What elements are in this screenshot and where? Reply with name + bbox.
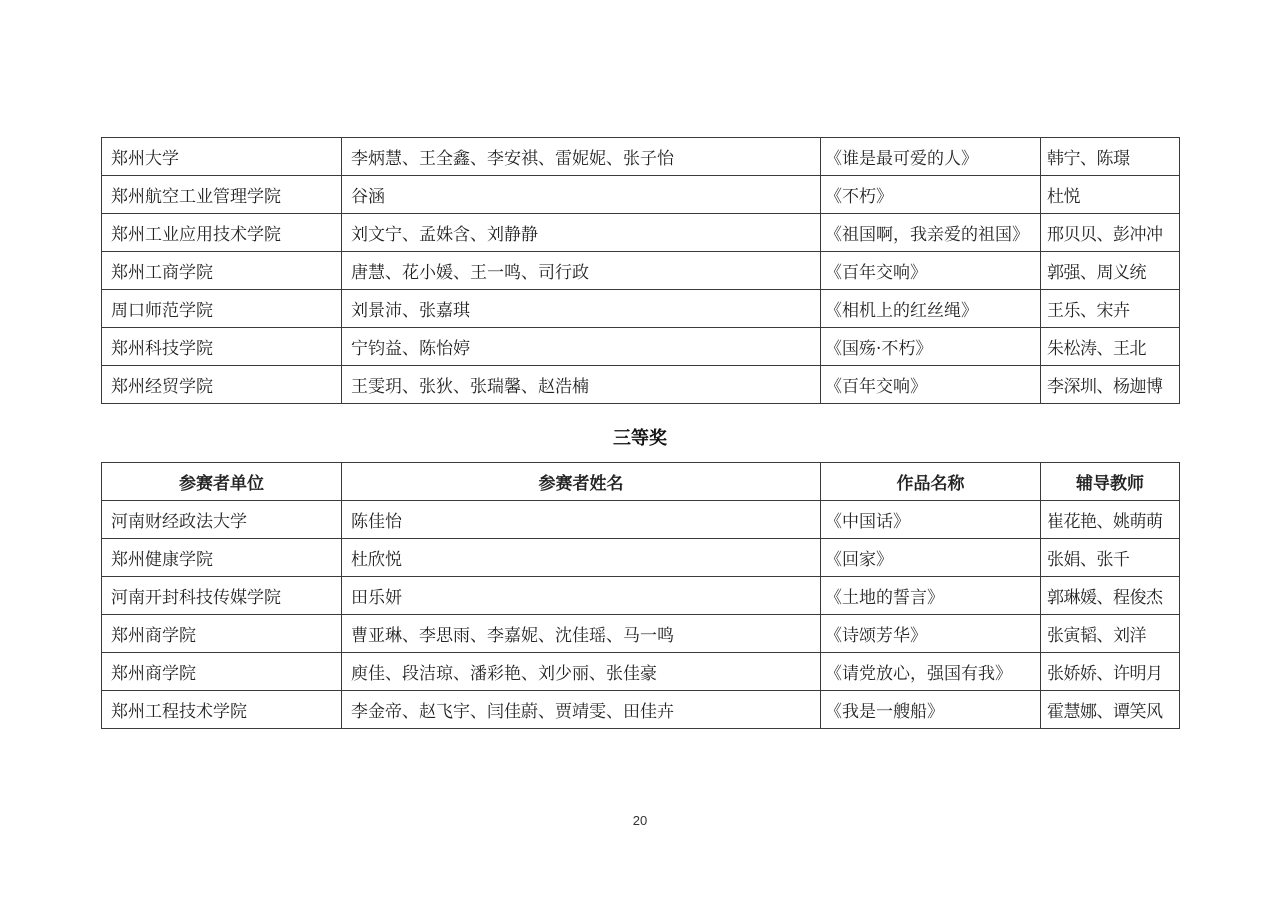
names-cell: 庾佳、段洁琼、潘彩艳、刘少丽、张佳豪 bbox=[342, 653, 821, 691]
second-prize-table-continued: 郑州大学 李炳慧、王全鑫、李安祺、雷妮妮、张子怡 《谁是最可爱的人》 韩宁、陈璟… bbox=[101, 137, 1180, 404]
header-teacher: 辅导教师 bbox=[1041, 463, 1180, 501]
header-work: 作品名称 bbox=[821, 463, 1041, 501]
work-cell: 《土地的誓言》 bbox=[821, 577, 1041, 615]
unit-cell: 周口师范学院 bbox=[102, 290, 342, 328]
work-cell: 《相机上的红丝绳》 bbox=[821, 290, 1041, 328]
unit-cell: 郑州工程技术学院 bbox=[102, 691, 342, 729]
table-row: 郑州大学 李炳慧、王全鑫、李安祺、雷妮妮、张子怡 《谁是最可爱的人》 韩宁、陈璟 bbox=[102, 138, 1180, 176]
teacher-cell: 张娇娇、许明月 bbox=[1041, 653, 1180, 691]
table-row: 郑州健康学院 杜欣悦 《回家》 张娟、张千 bbox=[102, 539, 1180, 577]
work-cell: 《请党放心，强国有我》 bbox=[821, 653, 1041, 691]
names-cell: 王雯玥、张狄、张瑞馨、赵浩楠 bbox=[342, 366, 821, 404]
page-number: 20 bbox=[0, 813, 1280, 828]
teacher-cell: 张寅韬、刘洋 bbox=[1041, 615, 1180, 653]
unit-cell: 郑州大学 bbox=[102, 138, 342, 176]
teacher-cell: 崔花艳、姚萌萌 bbox=[1041, 501, 1180, 539]
teacher-cell: 韩宁、陈璟 bbox=[1041, 138, 1180, 176]
work-cell: 《祖国啊，我亲爱的祖国》 bbox=[821, 214, 1041, 252]
table-row: 河南财经政法大学 陈佳怡 《中国话》 崔花艳、姚萌萌 bbox=[102, 501, 1180, 539]
unit-cell: 郑州工业应用技术学院 bbox=[102, 214, 342, 252]
table-row: 郑州经贸学院 王雯玥、张狄、张瑞馨、赵浩楠 《百年交响》 李深圳、杨迦博 bbox=[102, 366, 1180, 404]
work-cell: 《百年交响》 bbox=[821, 252, 1041, 290]
names-cell: 李金帝、赵飞宇、闫佳蔚、贾靖雯、田佳卉 bbox=[342, 691, 821, 729]
teacher-cell: 朱松涛、王北 bbox=[1041, 328, 1180, 366]
third-prize-heading: 三等奖 bbox=[0, 424, 1280, 450]
teacher-cell: 张娟、张千 bbox=[1041, 539, 1180, 577]
work-cell: 《回家》 bbox=[821, 539, 1041, 577]
work-cell: 《中国话》 bbox=[821, 501, 1041, 539]
teacher-cell: 王乐、宋卉 bbox=[1041, 290, 1180, 328]
table-header-row: 参赛者单位 参赛者姓名 作品名称 辅导教师 bbox=[102, 463, 1180, 501]
header-unit: 参赛者单位 bbox=[102, 463, 342, 501]
names-cell: 刘文宁、孟姝含、刘静静 bbox=[342, 214, 821, 252]
teacher-cell: 霍慧娜、谭笑风 bbox=[1041, 691, 1180, 729]
names-cell: 刘景沛、张嘉琪 bbox=[342, 290, 821, 328]
names-cell: 陈佳怡 bbox=[342, 501, 821, 539]
work-cell: 《百年交响》 bbox=[821, 366, 1041, 404]
unit-cell: 郑州航空工业管理学院 bbox=[102, 176, 342, 214]
table-row: 郑州商学院 曹亚琳、李思雨、李嘉妮、沈佳瑶、马一鸣 《诗颂芳华》 张寅韬、刘洋 bbox=[102, 615, 1180, 653]
unit-cell: 郑州健康学院 bbox=[102, 539, 342, 577]
table-row: 郑州航空工业管理学院 谷涵 《不朽》 杜悦 bbox=[102, 176, 1180, 214]
unit-cell: 郑州工商学院 bbox=[102, 252, 342, 290]
teacher-cell: 邢贝贝、彭冲冲 bbox=[1041, 214, 1180, 252]
names-cell: 宁钧益、陈怡婷 bbox=[342, 328, 821, 366]
teacher-cell: 郭强、周义统 bbox=[1041, 252, 1180, 290]
teacher-cell: 郭琳媛、程俊杰 bbox=[1041, 577, 1180, 615]
unit-cell: 河南开封科技传媒学院 bbox=[102, 577, 342, 615]
work-cell: 《不朽》 bbox=[821, 176, 1041, 214]
table-row: 郑州工商学院 唐慧、花小媛、王一鸣、司行政 《百年交响》 郭强、周义统 bbox=[102, 252, 1180, 290]
unit-cell: 郑州商学院 bbox=[102, 615, 342, 653]
unit-cell: 郑州经贸学院 bbox=[102, 366, 342, 404]
unit-cell: 郑州商学院 bbox=[102, 653, 342, 691]
names-cell: 谷涵 bbox=[342, 176, 821, 214]
table-row: 郑州工业应用技术学院 刘文宁、孟姝含、刘静静 《祖国啊，我亲爱的祖国》 邢贝贝、… bbox=[102, 214, 1180, 252]
work-cell: 《诗颂芳华》 bbox=[821, 615, 1041, 653]
names-cell: 曹亚琳、李思雨、李嘉妮、沈佳瑶、马一鸣 bbox=[342, 615, 821, 653]
teacher-cell: 李深圳、杨迦博 bbox=[1041, 366, 1180, 404]
table-row: 河南开封科技传媒学院 田乐妍 《土地的誓言》 郭琳媛、程俊杰 bbox=[102, 577, 1180, 615]
teacher-cell: 杜悦 bbox=[1041, 176, 1180, 214]
table-row: 郑州工程技术学院 李金帝、赵飞宇、闫佳蔚、贾靖雯、田佳卉 《我是一艘船》 霍慧娜… bbox=[102, 691, 1180, 729]
work-cell: 《我是一艘船》 bbox=[821, 691, 1041, 729]
names-cell: 杜欣悦 bbox=[342, 539, 821, 577]
work-cell: 《国殇·不朽》 bbox=[821, 328, 1041, 366]
unit-cell: 河南财经政法大学 bbox=[102, 501, 342, 539]
table-row: 周口师范学院 刘景沛、张嘉琪 《相机上的红丝绳》 王乐、宋卉 bbox=[102, 290, 1180, 328]
unit-cell: 郑州科技学院 bbox=[102, 328, 342, 366]
work-cell: 《谁是最可爱的人》 bbox=[821, 138, 1041, 176]
third-prize-table: 参赛者单位 参赛者姓名 作品名称 辅导教师 河南财经政法大学 陈佳怡 《中国话》… bbox=[101, 462, 1180, 729]
names-cell: 唐慧、花小媛、王一鸣、司行政 bbox=[342, 252, 821, 290]
names-cell: 田乐妍 bbox=[342, 577, 821, 615]
table-row: 郑州商学院 庾佳、段洁琼、潘彩艳、刘少丽、张佳豪 《请党放心，强国有我》 张娇娇… bbox=[102, 653, 1180, 691]
names-cell: 李炳慧、王全鑫、李安祺、雷妮妮、张子怡 bbox=[342, 138, 821, 176]
header-names: 参赛者姓名 bbox=[342, 463, 821, 501]
table-row: 郑州科技学院 宁钧益、陈怡婷 《国殇·不朽》 朱松涛、王北 bbox=[102, 328, 1180, 366]
